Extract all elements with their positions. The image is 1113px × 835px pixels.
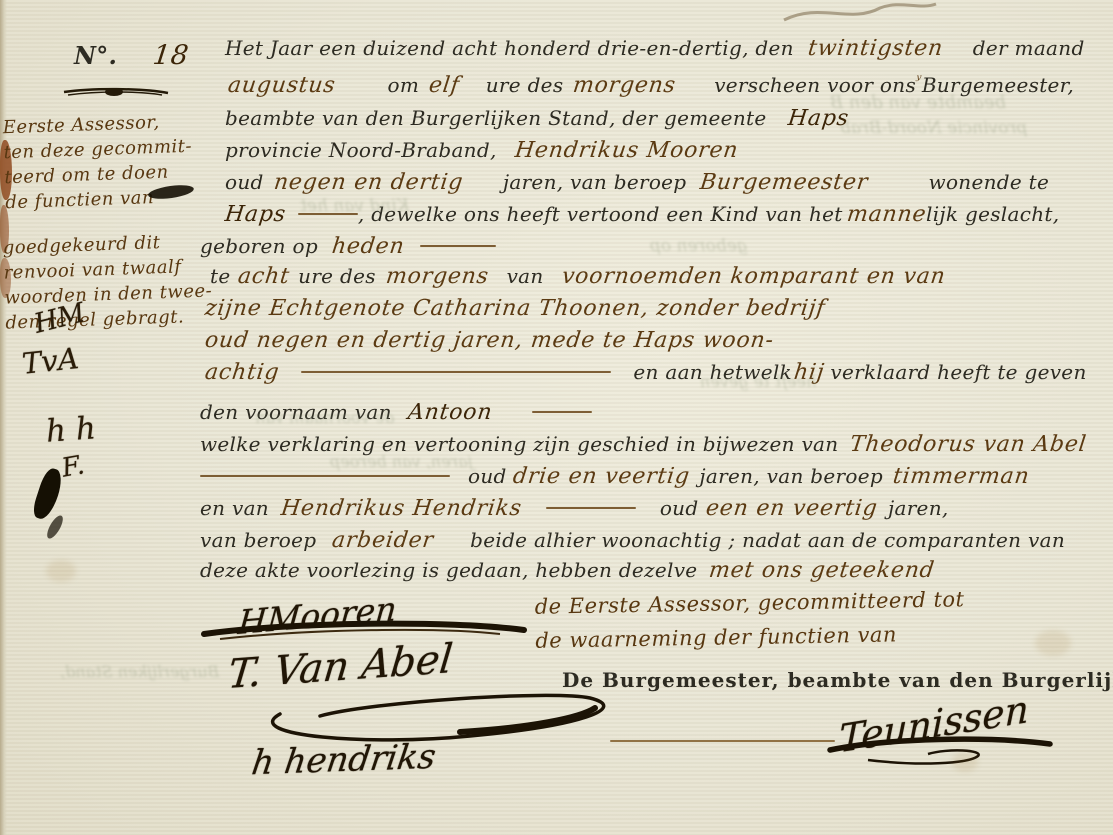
printed-text: ure des xyxy=(298,264,376,288)
printed-text: te xyxy=(210,264,230,288)
bleed-through-line: provincie Noord-Brab xyxy=(840,118,1027,138)
printed-text: beambte van den Burgerlijken Stand, der … xyxy=(225,106,766,130)
handwritten-text: morgens xyxy=(572,73,678,98)
handwritten-text: Hendrikus Mooren xyxy=(513,138,739,163)
pen-rule xyxy=(301,371,611,373)
document-line: zijne Echtgenote Catharina Thoonen, zond… xyxy=(205,296,825,321)
printed-text: , dewelke ons heeft vertoond een Kind va… xyxy=(358,202,843,226)
handwritten-text: Antoon xyxy=(406,400,493,425)
mooren-flourish xyxy=(200,620,530,646)
bleed-through-line: jaren, van beroep xyxy=(330,452,473,471)
pen-rule xyxy=(532,411,592,413)
printed-text: welke verklaring en vertooning zijn gesc… xyxy=(200,432,838,456)
ink-blot xyxy=(30,466,65,522)
teunissen-flourish xyxy=(828,736,1058,776)
printed-text: jaren, xyxy=(888,496,949,520)
printed-text: wonende te xyxy=(929,170,1050,194)
document-line: en vanHendrikus Hendriksoudeen en veerti… xyxy=(200,496,949,521)
bleed-through-line: Kind van het xyxy=(300,196,409,216)
bleed-through-line: geboren op xyxy=(650,236,748,256)
printed-text: der maand xyxy=(973,36,1085,60)
pen-squiggle xyxy=(62,84,172,100)
handwritten-text: Theodorus van Abel xyxy=(849,432,1089,457)
handwritten-text: een en veertig xyxy=(705,496,880,521)
document-line: Het Jaar een duizend acht honderd drie-e… xyxy=(225,36,1085,61)
printed-text: jaren, van beroep xyxy=(503,170,687,194)
printed-text: deze akte voorlezing is gedaan, hebben d… xyxy=(200,558,697,582)
printed-text: jaren, van beroep xyxy=(699,464,883,488)
paper-stain xyxy=(952,752,978,772)
margin-initial: h h xyxy=(45,410,97,449)
handwritten-text: zijne Echtgenote Catharina Thoonen, zond… xyxy=(203,296,826,321)
handwritten-text: twintigsten xyxy=(806,36,944,61)
document-line: deze akte voorlezing is gedaan, hebben d… xyxy=(200,558,935,583)
bleed-through-line: Burgerlijken Stand, xyxy=(60,662,219,681)
printed-text: oud xyxy=(468,464,507,488)
printed-text: verklaard heeft te geven xyxy=(830,360,1086,384)
handwritten-text: elf xyxy=(428,73,462,98)
printed-text: om xyxy=(388,73,420,97)
handwritten-text: Haps xyxy=(223,202,287,227)
van-abel-flourish xyxy=(250,668,650,748)
closing-note-text: de Eerste Assessor, gecommitteerd totde … xyxy=(534,582,965,657)
bleed-through-line: heeft te geven xyxy=(700,372,816,391)
pen-rule xyxy=(200,475,450,477)
closing-note-line: de waarneming der functien van xyxy=(535,616,965,657)
bleed-through-line: de voornaam van xyxy=(255,408,394,427)
handwritten-text: arbeider xyxy=(331,528,436,553)
printed-text: lijk geslacht, xyxy=(926,202,1059,226)
document-line: teachture desmorgensvanvoornoemden kompa… xyxy=(210,264,945,289)
handwritten-text: acht xyxy=(237,264,292,289)
printed-text: Het Jaar een duizend acht honderd drie-e… xyxy=(225,36,794,60)
handwritten-text: timmerman xyxy=(891,464,1031,489)
bleed-flourish xyxy=(780,0,940,26)
printed-text: geboren op xyxy=(200,234,318,258)
birth-record-page: N°. 18 Het Jaar een duizend acht honderd… xyxy=(0,0,1113,835)
document-line: van beroeparbeiderbeide alhier woonachti… xyxy=(200,528,1065,553)
handwritten-text: drie en veertig xyxy=(511,464,691,489)
document-line: achtigen aan hetwelkhijverklaard heeft t… xyxy=(205,360,1087,385)
pen-rule xyxy=(420,245,496,247)
handwritten-text: Hendrikus Hendriks xyxy=(279,496,523,521)
handwritten-text: voornoemden komparant en van xyxy=(560,264,947,289)
printed-text: oud xyxy=(225,170,264,194)
printed-text: oud xyxy=(660,496,699,520)
handwritten-text: heden xyxy=(330,234,406,259)
handwritten-text: met ons geteekend xyxy=(708,558,937,583)
margin-initial: TvA xyxy=(20,341,80,381)
document-line: geboren opheden xyxy=(200,234,496,259)
document-line: oudnegen en dertigjaren, van beroepBurge… xyxy=(225,170,1049,195)
printed-text: ure des xyxy=(486,73,564,97)
pen-line xyxy=(610,740,835,742)
handwritten-text: augustus xyxy=(226,73,337,98)
paper-stain xyxy=(1035,630,1071,656)
act-number: N°. 18 xyxy=(74,40,189,71)
margin-note: Eerste Assessor,ten deze gecommit-teerd … xyxy=(2,109,194,216)
document-line: provincie Noord-Braband,Hendrikus Mooren xyxy=(225,138,738,163)
printed-text: provincie Noord-Braband, xyxy=(225,138,497,162)
pen-rule xyxy=(546,507,636,509)
printed-text: van beroep xyxy=(200,528,316,552)
handwritten-text: oud negen en dertig jaren, mede te Haps … xyxy=(203,328,775,353)
bleed-through-line: beambte van den B xyxy=(830,92,1006,113)
document-line: ouddrie en veertigjaren, van beroeptimme… xyxy=(200,464,1029,489)
ink-blot xyxy=(44,513,66,541)
handwritten-text: achtig xyxy=(203,360,280,385)
document-line: beambte van den Burgerlijken Stand, der … xyxy=(225,106,849,131)
act-number-value: 18 xyxy=(151,40,191,71)
paper-stain xyxy=(46,560,76,582)
handwritten-text: Burgemeester xyxy=(699,170,870,195)
act-number-label: N°. xyxy=(74,41,117,70)
printed-text: en van xyxy=(200,496,269,520)
margin-initial: F. xyxy=(60,450,87,483)
handwritten-text: manne xyxy=(845,202,927,227)
document-line: oud negen en dertig jaren, mede te Haps … xyxy=(205,328,774,353)
printed-text: van xyxy=(507,264,544,288)
printed-text: beide alhier woonachtig ; nadat aan de c… xyxy=(470,528,1065,552)
handwritten-text: negen en dertig xyxy=(272,170,464,195)
handwritten-text: morgens xyxy=(384,264,490,289)
